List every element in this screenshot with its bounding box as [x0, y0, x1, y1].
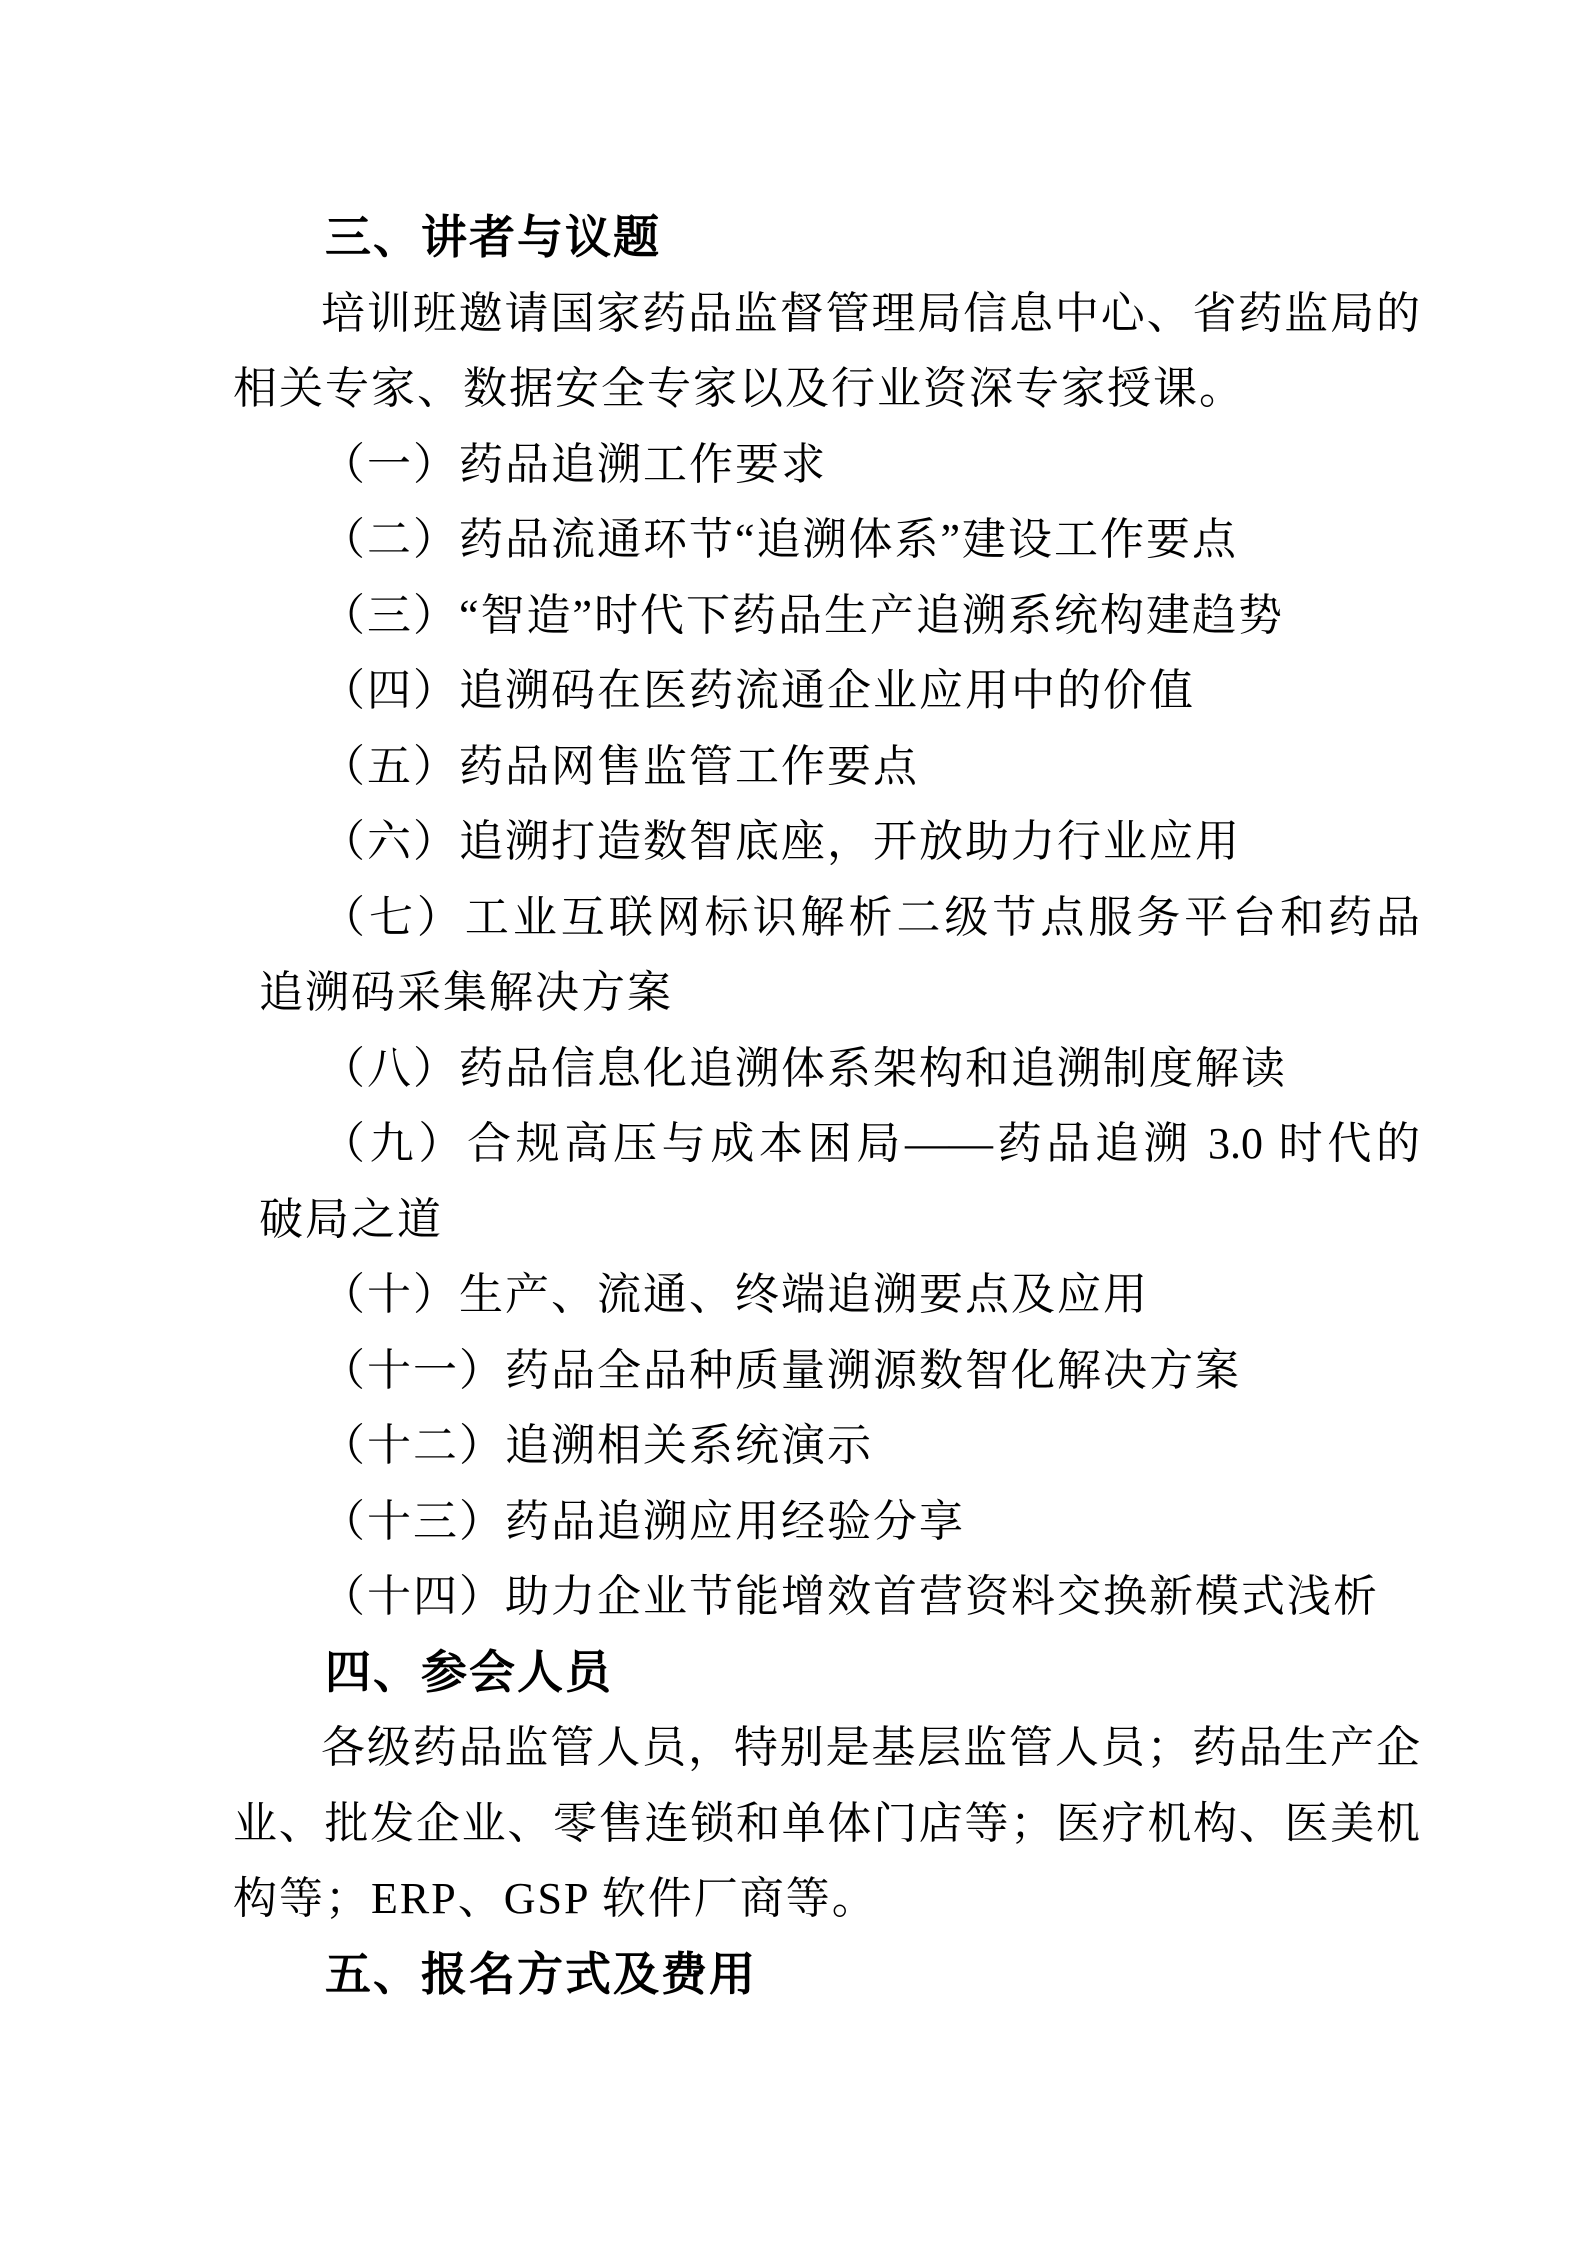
document-line: （九）合规高压与成本困局——药品追溯 3.0 时代的: [233, 1106, 1420, 1182]
section-heading: 五、报名方式及费用: [233, 1937, 1420, 2013]
document-line: （十四）助力企业节能增效首营资料交换新模式浅析: [233, 1559, 1420, 1635]
document-line: 破局之道: [233, 1182, 1420, 1258]
section-heading: 四、参会人员: [233, 1635, 1420, 1711]
document-line: 追溯码采集解决方案: [233, 955, 1420, 1031]
document-line: （二）药品流通环节“追溯体系”建设工作要点: [233, 502, 1420, 578]
section-heading: 三、讲者与议题: [233, 200, 1420, 276]
document-line: （十）生产、流通、终端追溯要点及应用: [233, 1257, 1420, 1333]
document-line: （三）“智造”时代下药品生产追溯系统构建趋势: [233, 578, 1420, 654]
document-line: （六）追溯打造数智底座，开放助力行业应用: [233, 804, 1420, 880]
document-line: （八）药品信息化追溯体系架构和追溯制度解读: [233, 1031, 1420, 1107]
document-page: 三、讲者与议题培训班邀请国家药品监督管理局信息中心、省药监局的相关专家、数据安全…: [0, 0, 1588, 2245]
document-line: （四）追溯码在医药流通企业应用中的价值: [233, 653, 1420, 729]
document-line: （十二）追溯相关系统演示: [233, 1408, 1420, 1484]
document-line: （十一）药品全品种质量溯源数智化解决方案: [233, 1333, 1420, 1409]
document-line: （一）药品追溯工作要求: [233, 427, 1420, 503]
document-line: 构等；ERP、GSP 软件厂商等。: [233, 1861, 1420, 1937]
document-line: （五）药品网售监管工作要点: [233, 729, 1420, 805]
document-content: 三、讲者与议题培训班邀请国家药品监督管理局信息中心、省药监局的相关专家、数据安全…: [233, 200, 1420, 2012]
document-line: 培训班邀请国家药品监督管理局信息中心、省药监局的: [233, 276, 1420, 352]
document-line: 相关专家、数据安全专家以及行业资深专家授课。: [233, 351, 1420, 427]
document-line: 各级药品监管人员，特别是基层监管人员；药品生产企: [233, 1710, 1420, 1786]
document-line: （七）工业互联网标识解析二级节点服务平台和药品: [233, 880, 1420, 956]
document-line: （十三）药品追溯应用经验分享: [233, 1484, 1420, 1560]
document-line: 业、批发企业、零售连锁和单体门店等；医疗机构、医美机: [233, 1786, 1420, 1862]
